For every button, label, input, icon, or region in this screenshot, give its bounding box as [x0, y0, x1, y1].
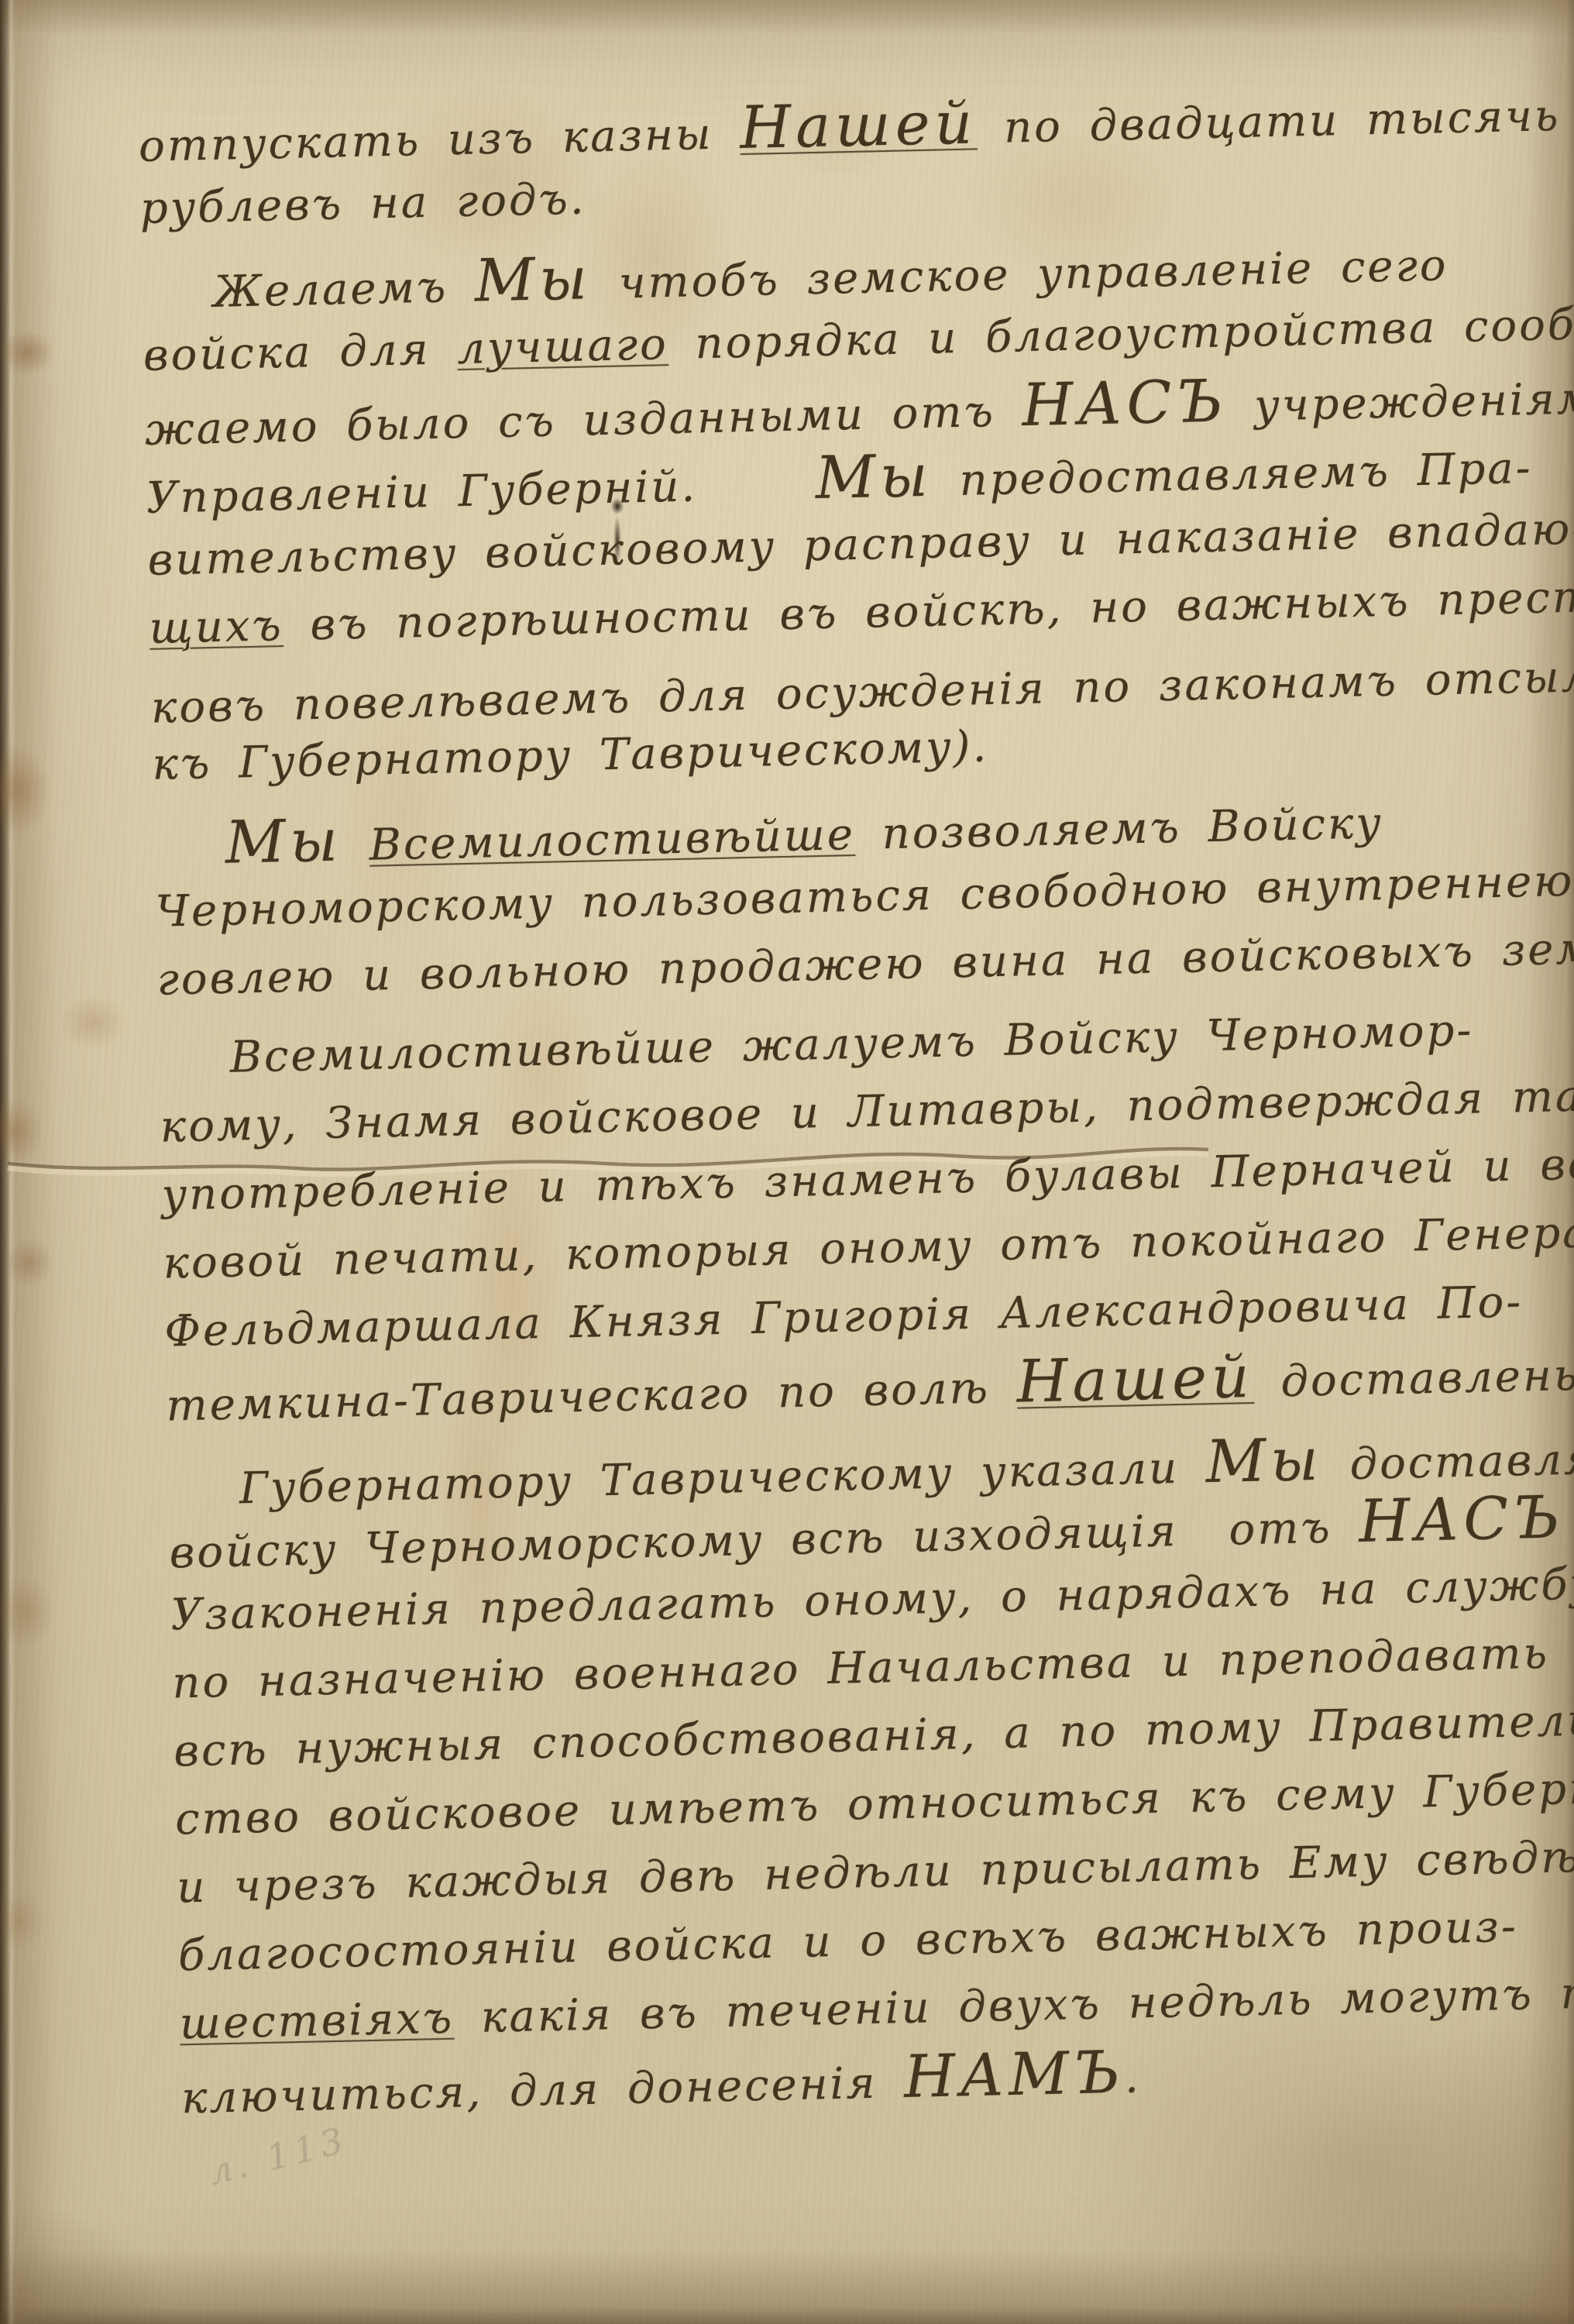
manuscript-text: отпускать изъ казны Нашей по двадцати ты… — [138, 77, 1574, 2127]
scanned-manuscript: { "page": { "paper_color": "#d8caa9", "i… — [0, 0, 1574, 2324]
